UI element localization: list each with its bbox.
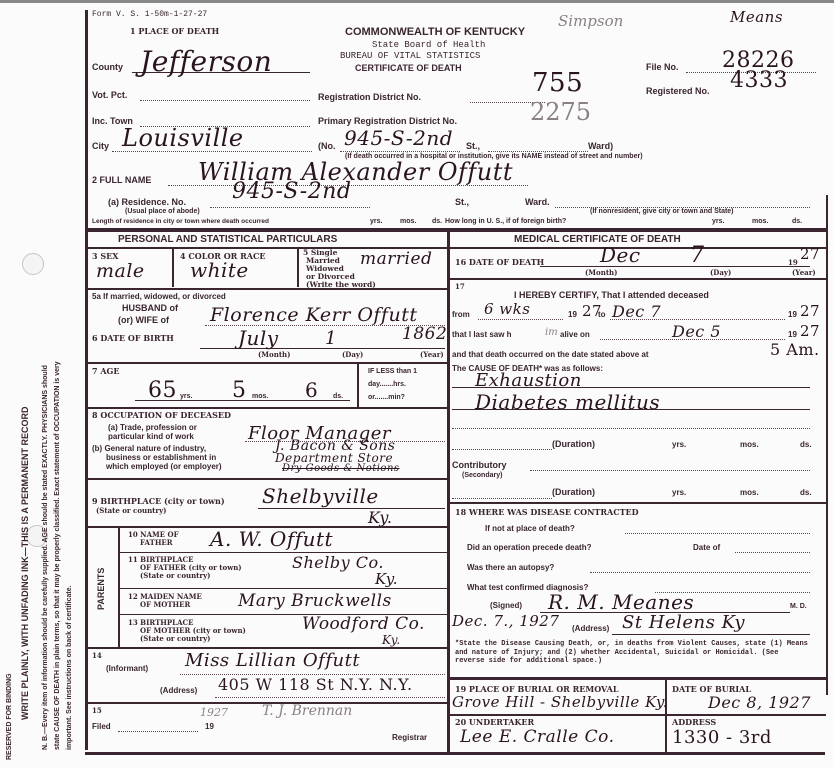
registrar-signature: T. J. Brennan <box>262 703 352 719</box>
duration-1-label: (Duration) <box>552 439 595 449</box>
dod-month-caption: (Month) <box>585 268 617 277</box>
signed-value[interactable]: R. M. Meanes <box>548 590 694 614</box>
father-bp-state[interactable]: Ky. <box>375 570 398 588</box>
us-ds: ds. <box>792 218 802 225</box>
duration-1-yrs: yrs. <box>672 440 686 449</box>
residence-line <box>210 207 370 208</box>
from-value[interactable]: 6 wks <box>484 300 530 318</box>
secondary-label: (Secondary) <box>462 472 502 479</box>
birthplace-city[interactable]: Shelbyville <box>262 484 379 508</box>
to-year[interactable]: 27 <box>800 302 820 320</box>
medical-row-3 <box>450 677 826 680</box>
death-time[interactable]: 5 Am. <box>770 340 820 359</box>
sign-date[interactable]: Dec. 7., 1927 <box>452 612 559 630</box>
dod-month[interactable]: Dec <box>600 243 641 267</box>
undertaker-address-value[interactable]: 1330 - 3rd <box>672 727 772 748</box>
file-no-label: File No. <box>646 62 679 72</box>
informant-num: 14 <box>92 651 102 660</box>
dob-month[interactable]: July <box>238 326 279 350</box>
row-divider-3 <box>88 407 448 409</box>
age-less-divider <box>357 362 359 407</box>
age-yrs-caption: yrs. <box>180 393 192 400</box>
duration-2-yrs: yrs. <box>672 488 686 497</box>
age-years[interactable]: 65 <box>148 378 177 403</box>
primary-registration-label: Primary Registration District No. <box>318 116 457 126</box>
dod-day[interactable]: 7 <box>690 243 705 268</box>
autopsy-label: Was there an autopsy? <box>467 563 554 572</box>
informant-value[interactable]: Miss Lillian Offutt <box>185 650 360 671</box>
right-form-border <box>826 195 828 695</box>
not-at-place-line <box>625 533 810 534</box>
filed-label: Filed <box>92 722 111 731</box>
where-contracted-label: 18 WHERE WAS DISEASE CONTRACTED <box>455 507 639 517</box>
contributory-line <box>530 470 810 471</box>
certificate-subtitle-death: CERTIFICATE OF DEATH <box>355 63 462 73</box>
spouse-husband-label: HUSBAND of <box>122 303 178 313</box>
registered-no-value[interactable]: 4333 <box>730 68 788 93</box>
industry-label-1: (b) General nature of industry, <box>92 444 206 453</box>
operation-date-line <box>735 552 810 553</box>
dod-year-caption: (Year) <box>792 268 816 277</box>
margin-write-plainly: WRITE PLAINLY, WITH UNFADING INK—THIS IS… <box>20 406 30 720</box>
sign-address-label: (Address) <box>572 624 609 633</box>
medical-row-1 <box>450 278 826 280</box>
certificate-subtitle-bureau: BUREAU OF VITAL STATISTICS <box>340 51 480 61</box>
parents-left-divider <box>118 527 120 647</box>
spouse-label-condition: 5a If married, widowed, or divorced <box>92 292 226 301</box>
usual-abode-note: (Usual place of abode) <box>125 208 200 215</box>
last-saw-pronoun: im <box>545 327 558 338</box>
contributory-label: Contributory <box>452 460 507 470</box>
mother-bp-label-3: (State or country) <box>140 634 210 643</box>
vot-pct-label: Vot. Pct. <box>92 90 127 100</box>
street-value[interactable]: 945-S-2nd <box>344 126 453 150</box>
dod-label: 16 DATE OF DEATH <box>455 257 544 267</box>
father-name-value[interactable]: A. W. Offutt <box>210 527 333 551</box>
sex-race-divider <box>172 247 174 287</box>
operation-date-label: Date of <box>693 543 720 552</box>
annotation-simpson: Simpson <box>558 12 623 30</box>
margin-binding-note: RESERVED FOR BINDING <box>6 673 13 760</box>
age-label: 7 AGE <box>92 366 120 376</box>
nonresident-note: (If nonresident, give city or town and S… <box>590 208 734 215</box>
residence-ward-label: Ward. <box>525 197 550 207</box>
father-name-label-2: FATHER <box>140 538 173 547</box>
undertaker-label: 20 UNDERTAKER <box>455 717 534 727</box>
duration-1-mos: mos. <box>740 440 759 449</box>
certificate-title: COMMONWEALTH OF KENTUCKY <box>345 26 525 38</box>
medical-row-2 <box>450 502 826 504</box>
dod-day-caption: (Day) <box>710 268 731 277</box>
sex-value[interactable]: male <box>96 260 145 282</box>
county-label: County <box>92 62 123 72</box>
birthplace-state[interactable]: Ky. <box>368 508 392 527</box>
dob-month-caption: (Month) <box>258 350 290 359</box>
parent-row-2 <box>118 588 448 589</box>
alive-on-label: alive on <box>560 330 590 339</box>
dod-year-prefix: 19 <box>788 258 798 267</box>
alive-on-value[interactable]: Dec 5 <box>672 322 721 341</box>
from-label: from <box>452 310 470 319</box>
informant-address-label: (Address) <box>160 686 197 695</box>
mother-name-value[interactable]: Mary Bruckwells <box>238 591 392 611</box>
operation-label: Did an operation precede death? <box>467 543 591 552</box>
marital-value[interactable]: married <box>360 249 432 269</box>
us-yrs: yrs. <box>712 218 724 225</box>
row-divider-2 <box>88 362 448 364</box>
us-mos: mos. <box>752 218 768 225</box>
race-marital-divider <box>297 247 299 287</box>
last-saw-label: that I last saw h <box>452 330 512 339</box>
center-divider <box>447 230 450 752</box>
cause-footnote: *State the Disease Causing Death, or, in… <box>455 640 810 666</box>
top-edge-shadow <box>0 0 834 3</box>
residence-label: (a) Residence. No. <box>108 197 186 207</box>
age-ds-caption: ds. <box>333 393 343 400</box>
trade-label-2: particular kind of work <box>108 432 194 441</box>
parent-row-1 <box>118 552 448 553</box>
street-line <box>340 151 460 152</box>
duration-1-pre-line <box>452 449 552 450</box>
certify-text: I HEREBY CERTIFY, That I attended deceas… <box>514 290 709 300</box>
burial-divider <box>665 680 667 752</box>
md-label: M. D. <box>790 603 807 610</box>
informant-label: (Informant) <box>106 664 148 673</box>
margin-nb-line3: important. See instructions on back of c… <box>66 585 73 750</box>
place-of-death-label: 1 PLACE OF DEATH <box>130 26 219 36</box>
age-mos-caption: mos. <box>252 393 268 400</box>
trade-label-1: (a) Trade, profession or <box>108 423 197 432</box>
spouse-wife-label: (or) WIFE of <box>118 315 169 325</box>
county-value[interactable]: Jefferson <box>140 45 272 78</box>
informant-address-line <box>215 697 445 698</box>
duration-2-mos: mos. <box>740 488 759 497</box>
sign-address-value[interactable]: St Helens Ky <box>622 612 745 633</box>
full-name-label: 2 FULL NAME <box>92 175 151 185</box>
burial-place-value[interactable]: Grove Hill - Shelbyville Ky. <box>452 693 668 711</box>
informant-address-value[interactable]: 405 W 118 St N.Y. N.Y. <box>218 675 413 694</box>
father-bp-label-3: (State or country) <box>140 571 210 580</box>
registration-district-value[interactable]: 755 <box>532 68 583 98</box>
race-value[interactable]: white <box>190 258 249 282</box>
dob-day-caption: (Day) <box>342 350 363 359</box>
duration-2-ds: ds. <box>800 488 812 497</box>
to-label: to <box>598 310 606 319</box>
from-year-prefix: 19 <box>568 310 577 319</box>
burial-date-value[interactable]: Dec 8, 1927 <box>708 693 811 712</box>
ward-line <box>488 151 588 152</box>
cause-line-3 <box>452 428 810 429</box>
industry-label-3: which employed (or employer) <box>106 462 222 471</box>
city-label: City <box>92 141 109 151</box>
death-occurred-label: and that death occurred on the date stat… <box>452 350 648 359</box>
age-months[interactable]: 5 <box>232 378 247 403</box>
birthplace-state-label: (State or country) <box>96 506 166 515</box>
industry-value-struck: Dry Goods & Notions <box>282 463 400 474</box>
mother-name-label-2: OF MOTHER <box>140 600 190 609</box>
spouse-value[interactable]: Florence Kerr Offutt <box>210 304 417 326</box>
personal-section-title: PERSONAL AND STATISTICAL PARTICULARS <box>118 234 337 245</box>
age-days[interactable]: 6 <box>305 378 318 402</box>
duration-2-label: (Duration) <box>552 487 595 497</box>
sign-address-line <box>612 634 810 635</box>
less-or-min: or.......min? <box>368 394 405 401</box>
dob-year[interactable]: 1862 <box>402 324 447 344</box>
annotation-means: Means <box>730 8 783 26</box>
vot-pct-line <box>140 100 310 101</box>
length-residence-label: Length of residence in city or town wher… <box>92 218 269 225</box>
bottom-form-border <box>85 752 825 755</box>
dod-year[interactable]: 27 <box>800 245 820 263</box>
less-day-hrs: day.......hrs. <box>368 381 406 388</box>
street-no-label: (No. <box>318 141 336 151</box>
alive-year[interactable]: 27 <box>800 322 820 340</box>
ward-label: Ward) <box>588 141 613 151</box>
occupation-label: 8 OCCUPATION OF DECEASED <box>92 410 231 420</box>
cause-2[interactable]: Diabetes mellitus <box>475 390 660 414</box>
filed-line <box>118 731 198 732</box>
row-divider-4 <box>88 478 448 480</box>
section-title-underline <box>88 247 826 249</box>
dob-day[interactable]: 1 <box>325 328 337 349</box>
registered-no-label: Registered No. <box>646 86 710 96</box>
industry-label-2: business or establishment in <box>106 453 216 462</box>
filed-year: 1927 <box>200 706 228 719</box>
row-divider-6 <box>88 647 448 649</box>
medical-section-title: MEDICAL CERTIFICATE OF DEATH <box>514 234 681 245</box>
not-at-place-label: If not at place of death? <box>485 524 575 533</box>
row-divider-1 <box>88 288 448 290</box>
from-line <box>478 319 563 320</box>
section-divider-top <box>88 228 826 232</box>
signed-label: (Signed) <box>490 601 522 610</box>
dob-year-caption: (Year) <box>420 350 444 359</box>
parents-label: PARENTS <box>96 568 106 610</box>
left-form-border <box>85 10 88 750</box>
cause-1[interactable]: Exhaustion <box>475 370 582 391</box>
how-long-us-label: How long in U. S., if of foreign birth? <box>445 218 566 225</box>
to-line <box>610 319 785 320</box>
margin-nb-line2: state CAUSE OF DEATH in plain terms, so … <box>54 361 61 750</box>
primary-registration-value[interactable]: 2275 <box>530 98 591 126</box>
birthplace-line <box>258 508 445 509</box>
filed-year-prefix: 19 <box>205 722 214 731</box>
dob-line <box>200 348 445 349</box>
length-ds: ds. <box>432 218 442 225</box>
filed-num: 15 <box>92 706 102 715</box>
residence-st-label: St., <box>455 197 469 207</box>
certify-num: 17 <box>455 282 465 291</box>
autopsy-line <box>590 572 810 573</box>
undertaker-address-label: ADDRESS <box>672 717 716 727</box>
registration-district-label: Registration District No. <box>318 92 421 102</box>
father-bp-city[interactable]: Shelby Co. <box>292 553 384 572</box>
dob-label: 6 DATE OF BIRTH <box>92 333 174 343</box>
dod-line <box>540 266 810 267</box>
undertaker-value[interactable]: Lee E. Cralle Co. <box>460 727 615 747</box>
city-value[interactable]: Louisville <box>122 124 244 152</box>
medical-row-4 <box>450 714 826 716</box>
mother-bp-city[interactable]: Woodford Co. <box>302 614 425 634</box>
margin-nb-line1: N. B.—Every item of information should b… <box>42 365 49 750</box>
punch-hole-top <box>22 253 44 275</box>
form-id: Form V. S. 1-50m-1-27-27 <box>92 10 207 19</box>
length-yrs: yrs. <box>370 218 382 225</box>
to-year-prefix: 19 <box>788 310 797 319</box>
residence-value[interactable]: 945-S-2nd <box>232 179 351 204</box>
length-mos: mos. <box>400 218 416 225</box>
mother-bp-state[interactable]: Ky. <box>382 633 401 647</box>
street-st-label: St., <box>466 141 480 151</box>
certificate-subtitle-board: State Board of Health <box>372 40 485 50</box>
less-than-one-label: IF LESS than 1 <box>368 368 417 375</box>
duration-1-ds: ds. <box>800 440 812 449</box>
registrar-label: Registrar <box>392 733 427 742</box>
duration-2-pre-line <box>452 498 552 499</box>
alive-year-prefix: 19 <box>788 330 797 339</box>
birthplace-label: 9 BIRTHPLACE (city or town) <box>92 496 225 506</box>
